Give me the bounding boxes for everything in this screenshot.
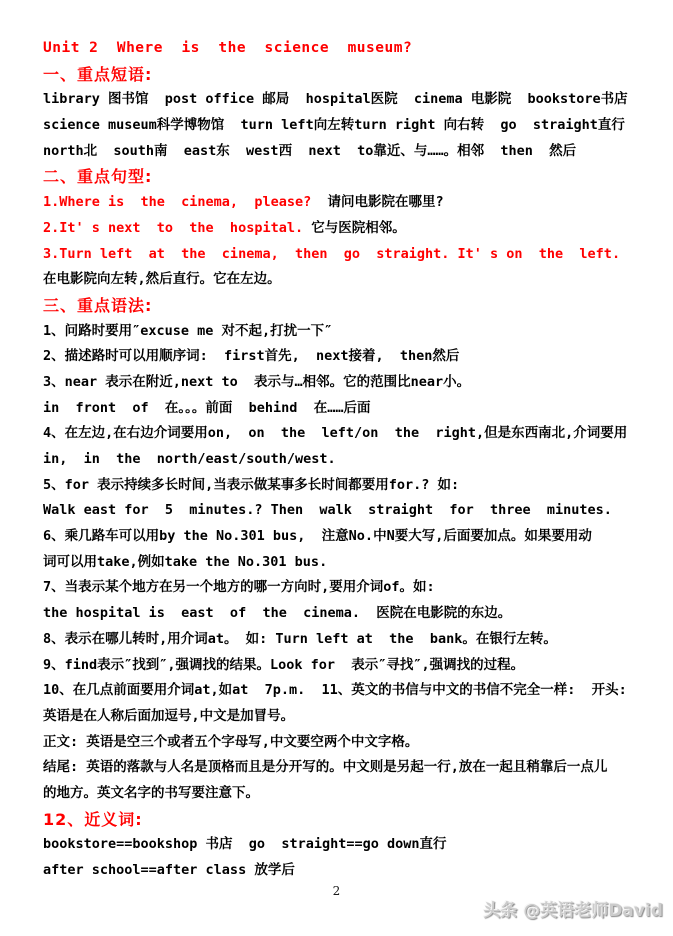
text-line: 的地方。英文名字的书写要注意下。 [43, 781, 645, 807]
text-segment: in front of 在。。。前面 behind 在……后面 [43, 400, 370, 416]
text-line: the hospital is east of the cinema. 医院在电… [43, 601, 645, 627]
text-segment: 它与医院相邻。 [303, 220, 406, 236]
text-line: 结尾: 英语的落款与人名是顶格而且是分开写的。中文则是另起一行,放在一起且稍靠后… [43, 755, 645, 781]
text-line: 9、find表示″找到″,强调找的结果。Look for 表示″寻找″,强调找的… [43, 653, 645, 679]
text-line: after school==after class 放学后 [43, 858, 645, 884]
text-segment: 7、当表示某个地方在另一个地方的哪一方向时,要用介词of。如: [43, 579, 435, 595]
text-segment: 请问电影院在哪里? [311, 194, 443, 210]
text-line: bookstore==bookshop 书店 go straight==go d… [43, 832, 645, 858]
text-segment: 8、表示在哪儿转时,用介词at。 如: Turn left at the ban… [43, 631, 557, 647]
text-segment: Walk east for 5 minutes.? Then walk stra… [43, 502, 612, 518]
text-segment: after school==after class 放学后 [43, 862, 295, 878]
section-heading: 一、重点短语: [43, 62, 645, 88]
text-segment: 一、重点短语: [43, 65, 152, 84]
text-line: north北 south南 east东 west西 next to靠近、与……。… [43, 139, 645, 165]
document-title: Unit 2 Where is the science museum? [43, 36, 645, 62]
watermark: 头条 @英语老师David [483, 896, 663, 921]
text-line: 6、乘几路车可以用by the No.301 bus, 注意No.中N要大写,后… [43, 524, 645, 550]
text-segment: science museum科学博物馆 turn left向左转turn rig… [43, 117, 625, 133]
text-line: 3、near 表示在附近,next to 表示与…相邻。它的范围比near小。 [43, 370, 645, 396]
text-line: 2、描述路时可以用顺序词: first首先, next接着, then然后 [43, 344, 645, 370]
text-segment: 5、for 表示持续多长时间,当表示做某事多长时间都要用for.? 如: [43, 477, 459, 493]
text-segment: in, in the north/east/south/west. [43, 451, 336, 467]
text-line: 4、在左边,在右边介词要用on, on the left/on the righ… [43, 421, 645, 447]
text-segment: Unit 2 Where is the science museum? [43, 40, 412, 56]
text-line: 1、问路时要用″excuse me 对不起,打扰一下″ [43, 319, 645, 345]
text-line: 5、for 表示持续多长时间,当表示做某事多长时间都要用for.? 如: [43, 473, 645, 499]
text-segment: 二、重点句型: [43, 167, 152, 186]
text-segment: library 图书馆 post office 邮局 hospital医院 ci… [43, 91, 628, 107]
text-segment: 三、重点语法: [43, 296, 152, 315]
text-segment: 1.Where is the cinema, please? [43, 194, 311, 210]
text-segment: 9、find表示″找到″,强调找的结果。Look for 表示″寻找″,强调找的… [43, 657, 524, 673]
text-line: 7、当表示某个地方在另一个地方的哪一方向时,要用介词of。如: [43, 575, 645, 601]
text-segment: 3、near 表示在附近,next to 表示与…相邻。它的范围比near小。 [43, 374, 470, 390]
text-line: 10、在几点前面要用介词at,如at 7p.m. 11、英文的书信与中文的书信不… [43, 678, 645, 704]
text-segment: 6、乘几路车可以用by the No.301 bus, 注意No.中N要大写,后… [43, 528, 592, 544]
text-segment: 结尾: 英语的落款与人名是顶格而且是分开写的。中文则是另起一行,放在一起且稍靠后… [43, 759, 607, 775]
text-line: science museum科学博物馆 turn left向左转turn rig… [43, 113, 645, 139]
text-segment: 12、近义词: [43, 810, 143, 829]
text-line: 在电影院向左转,然后直行。它在左边。 [43, 267, 645, 293]
section-heading: 12、近义词: [43, 807, 645, 833]
text-line: 8、表示在哪儿转时,用介词at。 如: Turn left at the ban… [43, 627, 645, 653]
text-line: in front of 在。。。前面 behind 在……后面 [43, 396, 645, 422]
text-line: 词可以用take,例如take the No.301 bus. [43, 550, 645, 576]
document-page: Unit 2 Where is the science museum?一、重点短… [0, 0, 673, 936]
text-line: 2.It' s next to the hospital. 它与医院相邻。 [43, 216, 645, 242]
text-segment: north北 south南 east东 west西 next to靠近、与……。… [43, 143, 576, 159]
text-line: 3.Turn left at the cinema, then go strai… [43, 242, 645, 268]
text-segment: 的地方。英文名字的书写要注意下。 [43, 785, 259, 801]
text-segment: 正文: 英语是空三个或者五个字母写,中文要空两个中文字格。 [43, 734, 418, 750]
text-segment: 词可以用take,例如take the No.301 bus. [43, 554, 327, 570]
text-segment: 1、问路时要用″excuse me 对不起,打扰一下″ [43, 323, 332, 339]
text-segment: 在电影院向左转,然后直行。它在左边。 [43, 271, 281, 287]
text-line: 1.Where is the cinema, please? 请问电影院在哪里? [43, 190, 645, 216]
text-segment: 英语是在人称后面加逗号,中文是加冒号。 [43, 708, 294, 724]
text-segment: 10、在几点前面要用介词at,如at 7p.m. 11、英文的书信与中文的书信不… [43, 682, 627, 698]
text-segment: 2、描述路时可以用顺序词: first首先, next接着, then然后 [43, 348, 459, 364]
text-line: Walk east for 5 minutes.? Then walk stra… [43, 498, 645, 524]
text-segment: the hospital is east of the cinema. 医院在电… [43, 605, 511, 621]
text-line: 英语是在人称后面加逗号,中文是加冒号。 [43, 704, 645, 730]
section-heading: 二、重点句型: [43, 164, 645, 190]
text-line: in, in the north/east/south/west. [43, 447, 645, 473]
document-lines: Unit 2 Where is the science museum?一、重点短… [43, 36, 645, 884]
text-segment: bookstore==bookshop 书店 go straight==go d… [43, 836, 447, 852]
text-line: 正文: 英语是空三个或者五个字母写,中文要空两个中文字格。 [43, 730, 645, 756]
text-segment: 3.Turn left at the cinema, then go strai… [43, 246, 620, 262]
text-line: library 图书馆 post office 邮局 hospital医院 ci… [43, 87, 645, 113]
section-heading: 三、重点语法: [43, 293, 645, 319]
text-segment: 2.It' s next to the hospital. [43, 220, 303, 236]
text-segment: 4、在左边,在右边介词要用on, on the left/on the righ… [43, 425, 627, 441]
